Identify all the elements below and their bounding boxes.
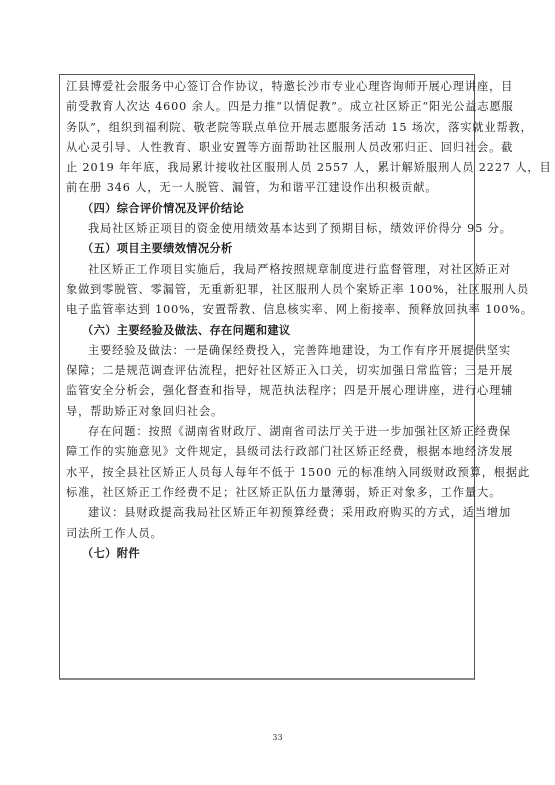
text-line: 我局社区矫正项目的资金使用绩效基本达到了预期目标，绩效评价得分 95 分。 xyxy=(66,219,470,239)
text-line: 标准，社区矫正工作经费不足；社区矫正队伍力量薄弱，矫正对象多，工作量大。 xyxy=(66,483,470,503)
section-7-heading: （七）附件 xyxy=(66,544,470,564)
text-line: 司法所工作人员。 xyxy=(66,524,470,544)
text-line: 导，帮助矫正对象回归社会。 xyxy=(66,402,470,422)
text-line: 江县博爱社会服务中心签订合作协议，特邀长沙市专业心理咨询师开展心理讲座，目 xyxy=(66,77,470,97)
text-line: 监管安全分析会，强化督查和指导，规范执法程序；四是开展心理讲座，进行心理辅 xyxy=(66,381,470,401)
document-body: 江县博爱社会服务中心签订合作协议，特邀长沙市专业心理咨询师开展心理讲座，目 前受… xyxy=(66,77,470,564)
section-6-problem-paragraph: 存在问题：按照《湖南省财政厅、湖南省司法厅关于进一步加强社区矫正经费保 障工作的… xyxy=(66,422,470,503)
text-line: 从心灵引导、人性教育、职业安置等方面帮助社区服刑人员改邪归正、回归社会。截 xyxy=(66,138,470,158)
text-line: 社区矫正工作项目实施后，我局严格按照规章制度进行监督管理，对社区矫正对 xyxy=(66,260,470,280)
text-line: 电子监管率达到 100%，安置帮教、信息核实率、网上衔接率、预释放回执率 100… xyxy=(66,300,470,320)
text-line: 保障；二是规范调查评估流程，把好社区矫正入口关，切实加强日常监管；三是开展 xyxy=(66,361,470,381)
text-line: 水平，按全县社区矫正人员每人每年不低于 1500 元的标准纳入同级财政预算，根据… xyxy=(66,463,470,483)
section-6-heading: （六）主要经验及做法、存在问题和建议 xyxy=(66,321,470,341)
section-4-paragraph: 我局社区矫正项目的资金使用绩效基本达到了预期目标，绩效评价得分 95 分。 xyxy=(66,219,470,239)
text-line: 前在册 346 人，无一人脱管、漏管，为和谐平江建设作出积极贡献。 xyxy=(66,178,470,198)
section-6-suggestion-paragraph: 建议：县财政提高我局社区矫正年初预算经费；采用政府购买的方式，适当增加 司法所工… xyxy=(66,503,470,544)
section-4-heading: （四）综合评价情况及评价结论 xyxy=(66,199,470,219)
text-line: 存在问题：按照《湖南省财政厅、湖南省司法厅关于进一步加强社区矫正经费保 xyxy=(66,422,470,442)
section-5-heading: （五）项目主要绩效情况分析 xyxy=(66,239,470,259)
text-line: 主要经验及做法：一是确保经费投入，完善阵地建设，为工作有序开展提供坚实 xyxy=(66,341,470,361)
text-line: 止 2019 年年底，我局累计接收社区服刑人员 2557 人，累计解矫服刑人员 … xyxy=(66,158,470,178)
text-line: 务队”，组织到福利院、敬老院等联点单位开展志愿服务活动 15 场次，落实就业帮教… xyxy=(66,118,470,138)
continuation-paragraph: 江县博爱社会服务中心签订合作协议，特邀长沙市专业心理咨询师开展心理讲座，目 前受… xyxy=(66,77,470,199)
page-number: 33 xyxy=(0,733,555,742)
document-table-frame: 江县博爱社会服务中心签订合作协议，特邀长沙市专业心理咨询师开展心理讲座，目 前受… xyxy=(59,74,475,680)
text-line: 障工作的实施意见》文件规定，县级司法行政部门社区矫正经费，根据本地经济发展 xyxy=(66,442,470,462)
section-6-experience-paragraph: 主要经验及做法：一是确保经费投入，完善阵地建设，为工作有序开展提供坚实 保障；二… xyxy=(66,341,470,422)
text-line: 象做到零脱管、零漏管，无重新犯罪，社区服刑人员个案矫正率 100%，社区服刑人员 xyxy=(66,280,470,300)
text-line: 建议：县财政提高我局社区矫正年初预算经费；采用政府购买的方式，适当增加 xyxy=(66,503,470,523)
section-5-paragraph: 社区矫正工作项目实施后，我局严格按照规章制度进行监督管理，对社区矫正对 象做到零… xyxy=(66,260,470,321)
text-line: 前受教育人次达 4600 余人。四是力推“以情促教”。成立社区矫正“阳光公益志愿… xyxy=(66,97,470,117)
